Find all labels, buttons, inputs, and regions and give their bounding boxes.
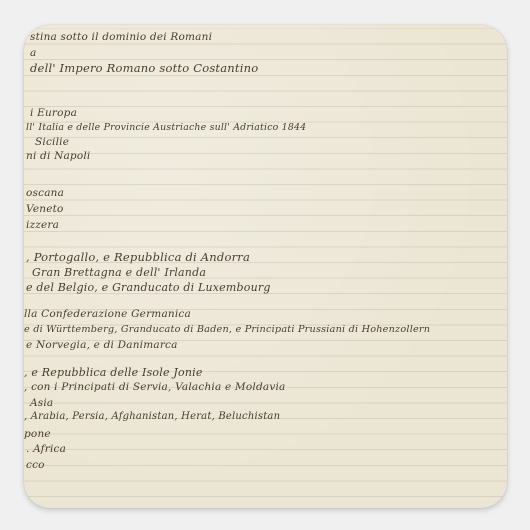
handwritten-line: lla Confederazione Germanica [24, 308, 191, 320]
handwritten-line: , con i Principati di Servia, Valachia e… [24, 381, 286, 393]
handwritten-line: pone [24, 428, 51, 440]
handwritten-line: cco [26, 459, 45, 471]
handwritten-line: , e Repubblica delle Isole Jonie [24, 366, 203, 379]
handwritten-line: Asia [30, 397, 53, 409]
handwritten-line: ll' Italia e delle Provincie Austriache … [26, 122, 306, 133]
handwritten-line: Sicilie [35, 136, 69, 148]
handwritten-line: Gran Brettagna e dell' Irlanda [32, 266, 206, 279]
handwritten-line: a [30, 47, 36, 59]
handwritten-line: , Arabia, Persia, Afghanistan, Herat, Be… [24, 411, 280, 422]
sticker-handwritten-page: stina sotto il dominio dei Romani a dell… [24, 25, 507, 508]
handwritten-line: stina sotto il dominio dei Romani [30, 31, 212, 43]
handwritten-line: ni di Napoli [26, 150, 90, 162]
handwritten-line: e Norvegia, e di Danimarca [26, 339, 178, 351]
handwritten-line: , Portogallo, e Repubblica di Andorra [26, 250, 250, 264]
handwritten-line: . Africa [26, 443, 66, 455]
handwritten-line: dell' Impero Romano sotto Costantino [30, 61, 258, 75]
handwritten-line: e di Württemberg, Granducato di Baden, e… [24, 324, 430, 335]
handwritten-line: oscana [26, 187, 64, 199]
handwritten-line: i Europa [30, 107, 77, 119]
handwritten-line: e del Belgio, e Granducato di Luxembourg [26, 281, 271, 294]
handwritten-line: izzera [26, 219, 59, 231]
handwritten-line: Veneto [26, 203, 64, 215]
